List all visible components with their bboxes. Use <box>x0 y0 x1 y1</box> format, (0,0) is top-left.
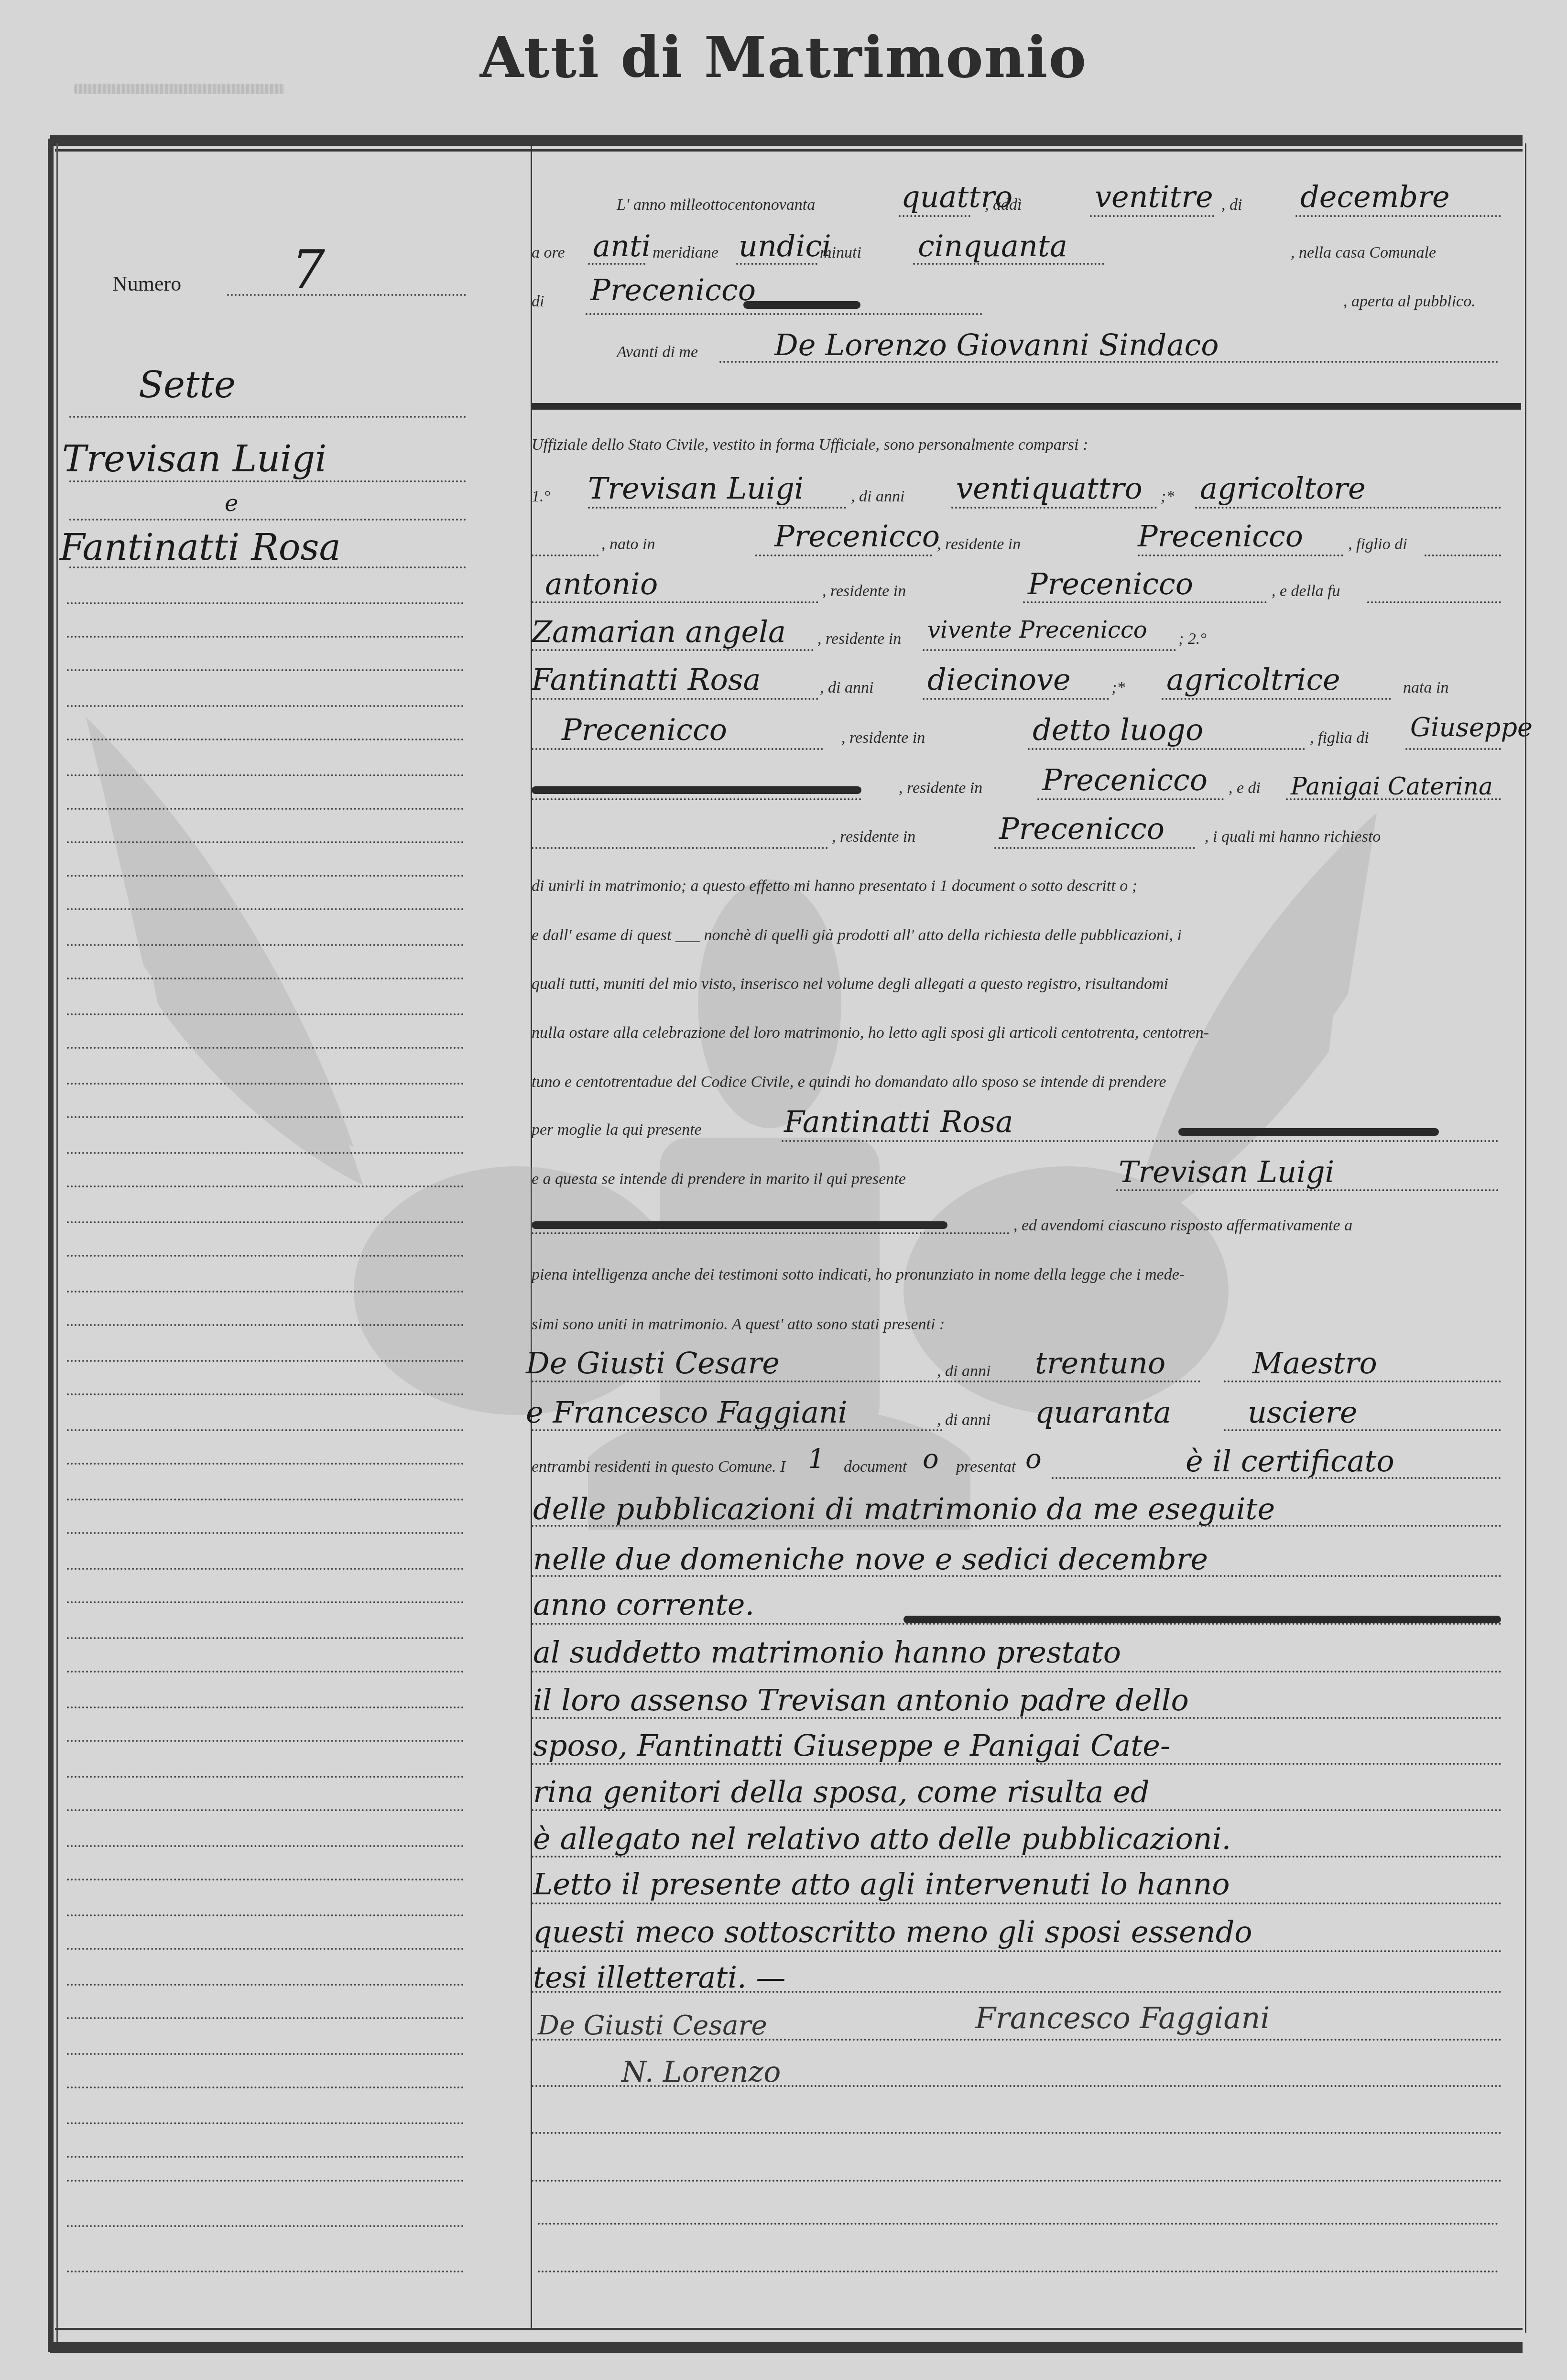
left-dotted-line <box>67 1463 464 1465</box>
fill-line <box>532 1671 1502 1673</box>
presentat-suffix-handwritten: o <box>1025 1444 1042 1475</box>
fill-line <box>532 554 599 556</box>
signature-witness-2: Francesco Faggiani <box>975 2000 1270 2035</box>
annotation-line-handwritten: è allegato nel relativo atto delle pubbl… <box>533 1821 1231 1856</box>
witness-2-name-handwritten: e Francesco Faggiani <box>526 1395 848 1430</box>
fill-line <box>532 1991 1502 1993</box>
printed-nata-in: nata in <box>1403 679 1448 697</box>
fill-line <box>588 507 846 509</box>
left-dotted-line <box>67 1532 464 1534</box>
left-dotted-line <box>67 1706 464 1708</box>
left-dotted-line <box>69 416 466 418</box>
printed-paragraph-line: nulla ostare alla celebrazione del loro … <box>532 1024 1209 1042</box>
left-dotted-line <box>67 1360 464 1362</box>
page-title: Atti di Matrimonio <box>0 24 1567 90</box>
fill-line <box>1195 507 1501 509</box>
printed-di: , di <box>1221 196 1242 214</box>
day-handwritten: ventitre <box>1095 179 1213 214</box>
strikethrough-filler <box>532 1221 947 1229</box>
annotation-line-handwritten: tesi illetterati. — <box>533 1960 785 1995</box>
groom-age-handwritten: ventiquattro <box>956 471 1143 506</box>
left-dotted-line <box>67 1671 464 1673</box>
minutes-handwritten: cinquanta <box>918 228 1067 263</box>
month-handwritten: decembre <box>1300 179 1450 214</box>
fill-line <box>1023 601 1267 603</box>
frame-bottom-rule <box>50 2342 1523 2353</box>
fill-line <box>1052 1477 1501 1479</box>
left-dotted-line <box>67 774 464 776</box>
place-handwritten: Precenicco <box>590 272 756 307</box>
annotation-line-handwritten: nelle due domeniche nove e sedici decemb… <box>533 1542 1208 1576</box>
fill-line <box>532 2180 1502 2182</box>
document-count-handwritten: 1 <box>808 1444 825 1475</box>
document-suffix-handwritten: o <box>923 1444 939 1475</box>
fill-line <box>951 507 1157 509</box>
bride-father-residence-handwritten: Precenicco <box>1042 762 1208 797</box>
fill-line <box>532 601 818 603</box>
left-dotted-line <box>67 2225 464 2227</box>
printed-paragraph-line: quali tutti, muniti del mio visto, inser… <box>532 975 1168 993</box>
printed-minuti: minuti <box>820 244 861 262</box>
fill-line <box>923 698 1109 700</box>
bride-mother-handwritten: Panigai Caterina <box>1291 760 1501 813</box>
frame-top-rule <box>50 135 1523 146</box>
left-dotted-line <box>67 1637 464 1639</box>
fill-line <box>532 748 823 750</box>
fill-line <box>782 1140 1499 1142</box>
left-dotted-line <box>67 1499 464 1500</box>
printed-a-ore: a ore <box>532 244 565 262</box>
fill-line <box>532 1856 1502 1858</box>
ink-smudge <box>74 84 284 94</box>
printed-nato-in: , nato in <box>601 535 655 554</box>
printed-per-moglie: per moglie la qui presente <box>532 1121 702 1139</box>
left-dotted-line <box>67 1914 464 1916</box>
annotation-line-handwritten: delle pubblicazioni di matrimonio da me … <box>533 1491 1275 1526</box>
left-dotted-line <box>67 1255 464 1257</box>
frame-left-inner-border <box>56 143 58 2342</box>
left-dotted-line <box>67 2087 464 2088</box>
certificate-note-handwritten: è il certificato <box>1186 1444 1394 1478</box>
annotation-line-handwritten: questi meco sottoscritto meno gli sposi … <box>533 1914 1252 1949</box>
fill-line <box>532 1575 1502 1577</box>
spouse-1-name: Trevisan Luigi <box>62 437 326 480</box>
column-divider <box>531 143 532 2328</box>
numero-value: 7 <box>292 239 325 300</box>
fill-line <box>1224 1380 1501 1382</box>
left-dotted-line <box>67 1185 464 1187</box>
left-dotted-line <box>67 1013 464 1015</box>
printed-ed-avendomi: , ed avendomi ciascuno risposto affermat… <box>1013 1217 1352 1235</box>
fill-line <box>532 798 861 800</box>
fill-line <box>532 2039 1502 2041</box>
groom-name-handwritten: Trevisan Luigi <box>1119 1154 1334 1189</box>
bride-father-handwritten: Giuseppe <box>1410 712 1533 742</box>
printed-paragraph-line: tuno e centotrentadue del Codice Civile,… <box>532 1073 1166 1091</box>
section-heavy-rule <box>532 403 1521 410</box>
left-dotted-line <box>67 1324 464 1326</box>
fill-line <box>532 2085 1502 2087</box>
fill-line <box>736 263 817 265</box>
witness-2-occupation-handwritten: usciere <box>1248 1395 1357 1430</box>
printed-ufficiale-intro: Uffiziale dello Stato Civile, vestito in… <box>532 436 1088 454</box>
fill-line <box>1138 554 1343 556</box>
fill-line <box>538 2271 1499 2272</box>
printed-residente-in: , residente in <box>841 729 925 747</box>
fill-line <box>923 649 1176 651</box>
fill-line <box>1295 215 1501 217</box>
frame-bottom-thin-rule <box>55 2328 1523 2330</box>
printed-simi: simi sono uniti in matrimonio. A quest' … <box>532 1315 945 1334</box>
left-dotted-line <box>67 705 464 707</box>
printed-year-prefix: L' anno milleottocentonovanta <box>617 196 815 214</box>
printed-richiesto: , i quali mi hanno richiesto <box>1205 828 1381 846</box>
fill-line <box>1286 798 1501 800</box>
groom-father-residence-handwritten: Precenicco <box>1028 566 1193 601</box>
fill-line <box>586 313 982 315</box>
annotation-line-handwritten: anno corrente. <box>533 1587 754 1622</box>
printed-e-di: , e di <box>1229 779 1261 797</box>
bride-residence-handwritten: detto luogo <box>1033 712 1203 747</box>
printed-star: ;* <box>1111 679 1125 697</box>
numero-dotted-line <box>227 294 466 296</box>
fill-line <box>1116 1189 1499 1191</box>
left-dotted-line <box>67 1116 464 1118</box>
left-dotted-line <box>67 669 464 671</box>
printed-residente-in: , residente in <box>822 582 906 600</box>
left-dotted-line <box>67 1152 464 1154</box>
left-dotted-line <box>67 2017 464 2019</box>
strikethrough-filler <box>903 1616 1501 1623</box>
fill-line <box>532 2132 1502 2134</box>
printed-a-questa: e a questa se intende di prendere in mar… <box>532 1170 906 1188</box>
fill-line <box>532 698 818 700</box>
fill-line <box>532 1429 943 1431</box>
left-dotted-line <box>67 636 464 638</box>
witness-1-name-handwritten: De Giusti Cesare <box>526 1346 780 1380</box>
bride-name-handwritten: Fantinatti Rosa <box>532 662 761 697</box>
printed-bride-number: ; 2.° <box>1178 630 1207 648</box>
printed-residente-in: , residente in <box>899 779 982 797</box>
printed-figlia-di: , figlia di <box>1310 729 1369 747</box>
fill-line <box>1425 554 1501 556</box>
groom-residence-handwritten: Precenicco <box>1138 519 1303 554</box>
left-dotted-line <box>67 1948 464 1950</box>
left-dotted-line <box>67 944 464 946</box>
fill-line <box>1162 698 1391 700</box>
strikethrough-filler <box>1178 1128 1439 1136</box>
left-dotted-line <box>67 2156 464 2158</box>
hour-handwritten: undici <box>739 228 831 263</box>
printed-di-anni: , di anni <box>937 1362 990 1380</box>
fill-line <box>899 215 970 217</box>
left-dotted-line <box>67 1809 464 1811</box>
left-dotted-line <box>67 1291 464 1293</box>
printed-presentat: presentat <box>956 1458 1016 1476</box>
bride-mother-residence-handwritten: Precenicco <box>999 811 1164 846</box>
frame-left-border <box>48 139 54 2352</box>
fill-line <box>532 1525 1502 1527</box>
strikethrough-filler <box>532 786 861 794</box>
left-dotted-line <box>67 1776 464 1778</box>
left-dotted-line <box>69 519 466 521</box>
annotation-line-handwritten: Letto il presente atto agli intervenuti … <box>533 1867 1230 1902</box>
officer-handwritten: De Lorenzo Giovanni Sindaco <box>774 327 1219 362</box>
left-dotted-line <box>67 908 464 910</box>
left-dotted-line <box>67 602 464 604</box>
groom-mother-residence-handwritten: vivente Precenicco <box>927 617 1147 643</box>
printed-residente-in: , residente in <box>832 828 915 846</box>
left-dotted-line <box>67 1047 464 1049</box>
left-dotted-line <box>67 1221 464 1223</box>
fill-line <box>532 649 814 651</box>
frame-top-thin-rule <box>55 149 1523 152</box>
printed-di-anni: , di anni <box>937 1411 990 1429</box>
left-dotted-line <box>69 566 466 568</box>
fill-line <box>532 847 828 849</box>
fill-line <box>1405 748 1501 750</box>
conjunction-e: e <box>225 490 238 517</box>
annotation-line-handwritten: al suddetto matrimonio hanno prestato <box>533 1635 1121 1670</box>
left-dotted-line <box>67 1740 464 1742</box>
printed-e-della-fu: , e della fu <box>1272 582 1340 600</box>
annotation-line-handwritten: rina genitori della sposa, come risulta … <box>533 1774 1150 1809</box>
witness-1-age-handwritten: trentuno <box>1035 1346 1165 1380</box>
witness-1-occupation-handwritten: Maestro <box>1252 1346 1377 1380</box>
left-dotted-line <box>67 1568 464 1570</box>
printed-residente-in: , residente in <box>817 630 901 648</box>
printed-di-anni: , di anni <box>820 679 873 697</box>
left-dotted-line <box>67 875 464 877</box>
fill-line <box>532 1950 1502 1952</box>
left-dotted-line <box>67 2271 464 2272</box>
fill-line <box>532 1809 1502 1811</box>
groom-name-handwritten: Trevisan Luigi <box>588 471 804 506</box>
left-dotted-line <box>67 1984 464 1986</box>
annotation-line-handwritten: il loro assenso Trevisan antonio padre d… <box>533 1683 1189 1717</box>
left-dotted-line <box>67 2180 464 2182</box>
groom-occupation-handwritten: agricoltore <box>1200 471 1366 506</box>
printed-addi: , addì <box>985 196 1022 214</box>
printed-meridiane: meridiane <box>653 244 718 262</box>
annotation-line-handwritten: sposo, Fantinatti Giuseppe e Panigai Cat… <box>533 1728 1170 1763</box>
printed-paragraph-line: e dall' esame di quest ___ nonchè di que… <box>532 926 1182 945</box>
frame-right-border <box>1525 143 1526 2333</box>
printed-star: ;* <box>1161 488 1174 506</box>
fill-line <box>1367 601 1501 603</box>
fill-line <box>994 847 1195 849</box>
numero-in-words: Sette <box>139 363 236 406</box>
printed-piena-intelligenza: piena intelligenza anche dei testimoni s… <box>532 1266 1185 1284</box>
fill-line <box>532 1623 1502 1625</box>
bride-birthplace-handwritten: Precenicco <box>562 712 727 747</box>
printed-figlio-di: , figlio di <box>1348 535 1407 554</box>
left-dotted-line <box>67 2053 464 2055</box>
printed-residente-in: , residente in <box>937 535 1021 554</box>
bride-name-handwritten: Fantinatti Rosa <box>784 1104 1013 1139</box>
left-dotted-line <box>67 1393 464 1395</box>
fill-line <box>532 1763 1502 1765</box>
printed-paragraph-line: di unirli in matrimonio; a questo effett… <box>532 877 1137 895</box>
witness-2-age-handwritten: quaranta <box>1035 1395 1171 1430</box>
fill-line <box>538 2223 1499 2225</box>
fill-line <box>913 263 1104 265</box>
left-dotted-line <box>67 978 464 979</box>
groom-birthplace-handwritten: Precenicco <box>774 519 940 554</box>
left-dotted-line <box>67 1879 464 1880</box>
left-dotted-line <box>67 1601 464 1603</box>
fill-line <box>1224 1429 1501 1431</box>
fill-line <box>755 554 932 556</box>
signature-officer: N. Lorenzo <box>621 2055 781 2089</box>
fill-line <box>532 1232 1010 1234</box>
fill-line <box>719 361 1499 363</box>
fill-line <box>1028 748 1305 750</box>
left-dotted-line <box>67 1429 464 1431</box>
numero-label: Numero <box>112 272 181 296</box>
fill-line <box>1090 215 1214 217</box>
groom-mother-handwritten: Zamarian angela <box>532 614 786 649</box>
printed-avanti-di-me: Avanti di me <box>617 343 698 361</box>
signature-witness-1: De Giusti Cesare <box>538 2010 767 2041</box>
printed-casa-comunale: , nella casa Comunale <box>1291 244 1436 262</box>
left-dotted-line <box>67 1845 464 1847</box>
fill-line <box>532 1380 1201 1382</box>
printed-document: document <box>844 1458 907 1476</box>
groom-father-handwritten: antonio <box>545 566 658 601</box>
left-dotted-line <box>67 739 464 740</box>
left-dotted-line <box>67 841 464 843</box>
printed-aperta-al-pubblico: , aperta al pubblico. <box>1343 293 1476 311</box>
fill-line <box>1037 798 1224 800</box>
printed-entrambi: entrambi residenti in questo Comune. I <box>532 1458 785 1476</box>
bride-age-handwritten: diecinove <box>927 662 1071 697</box>
bride-occupation-handwritten: agricoltrice <box>1166 662 1340 697</box>
strikethrough-filler <box>743 301 860 309</box>
left-dotted-line <box>67 2122 464 2124</box>
fill-line <box>532 1717 1502 1719</box>
spouse-2-name: Fantinatti Rosa <box>60 526 341 568</box>
left-dotted-line <box>69 480 466 482</box>
fill-line <box>532 1902 1502 1904</box>
printed-groom-number: 1.° <box>532 488 550 506</box>
fill-line <box>588 263 645 265</box>
left-dotted-line <box>67 808 464 810</box>
left-dotted-line <box>67 1083 464 1085</box>
printed-di: di <box>532 293 544 311</box>
printed-di-anni: , di anni <box>851 488 904 506</box>
period-handwritten: anti <box>593 228 651 263</box>
